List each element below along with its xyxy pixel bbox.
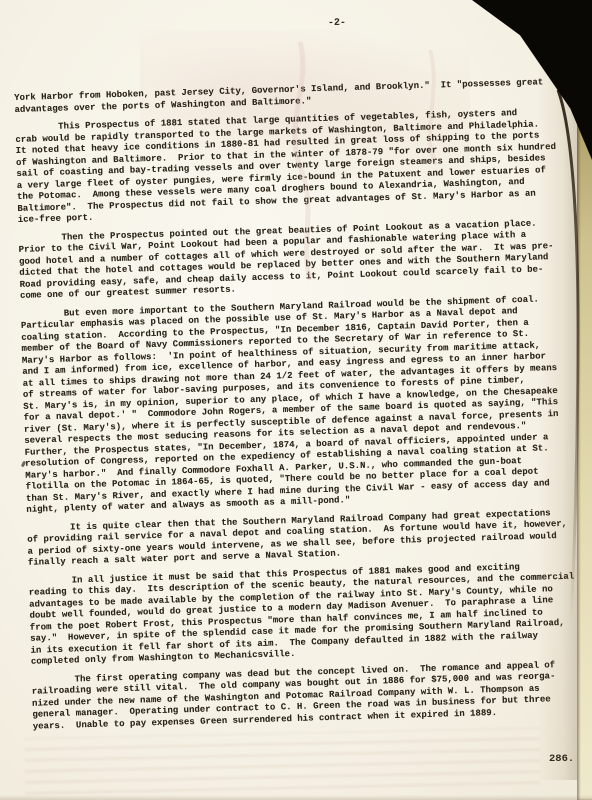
document-text: York Harbor from Hoboken, past Jersey Ci… <box>14 77 578 740</box>
paragraph-4: But even more important to the Southern … <box>20 293 571 516</box>
page-header-number: -2- <box>328 18 346 29</box>
paragraph-2: This Prospectus of 1881 stated that larg… <box>15 107 563 227</box>
paragraph-6: In all justice it must be said that this… <box>28 560 576 668</box>
bleed-through-text <box>24 728 540 795</box>
adjacent-page-edge <box>577 92 592 800</box>
page-bottom-shadow <box>0 795 592 800</box>
page-curl-shadow <box>537 70 579 780</box>
paragraph-7: The first operating company was dead but… <box>31 659 578 733</box>
scanned-book-page: -2- York Harbor from Hoboken, past Jerse… <box>0 0 592 800</box>
paragraph-3: Then the Prospectus pointed out the grea… <box>18 217 565 302</box>
paragraph-5: It is quite clear then that the Southern… <box>27 507 574 569</box>
